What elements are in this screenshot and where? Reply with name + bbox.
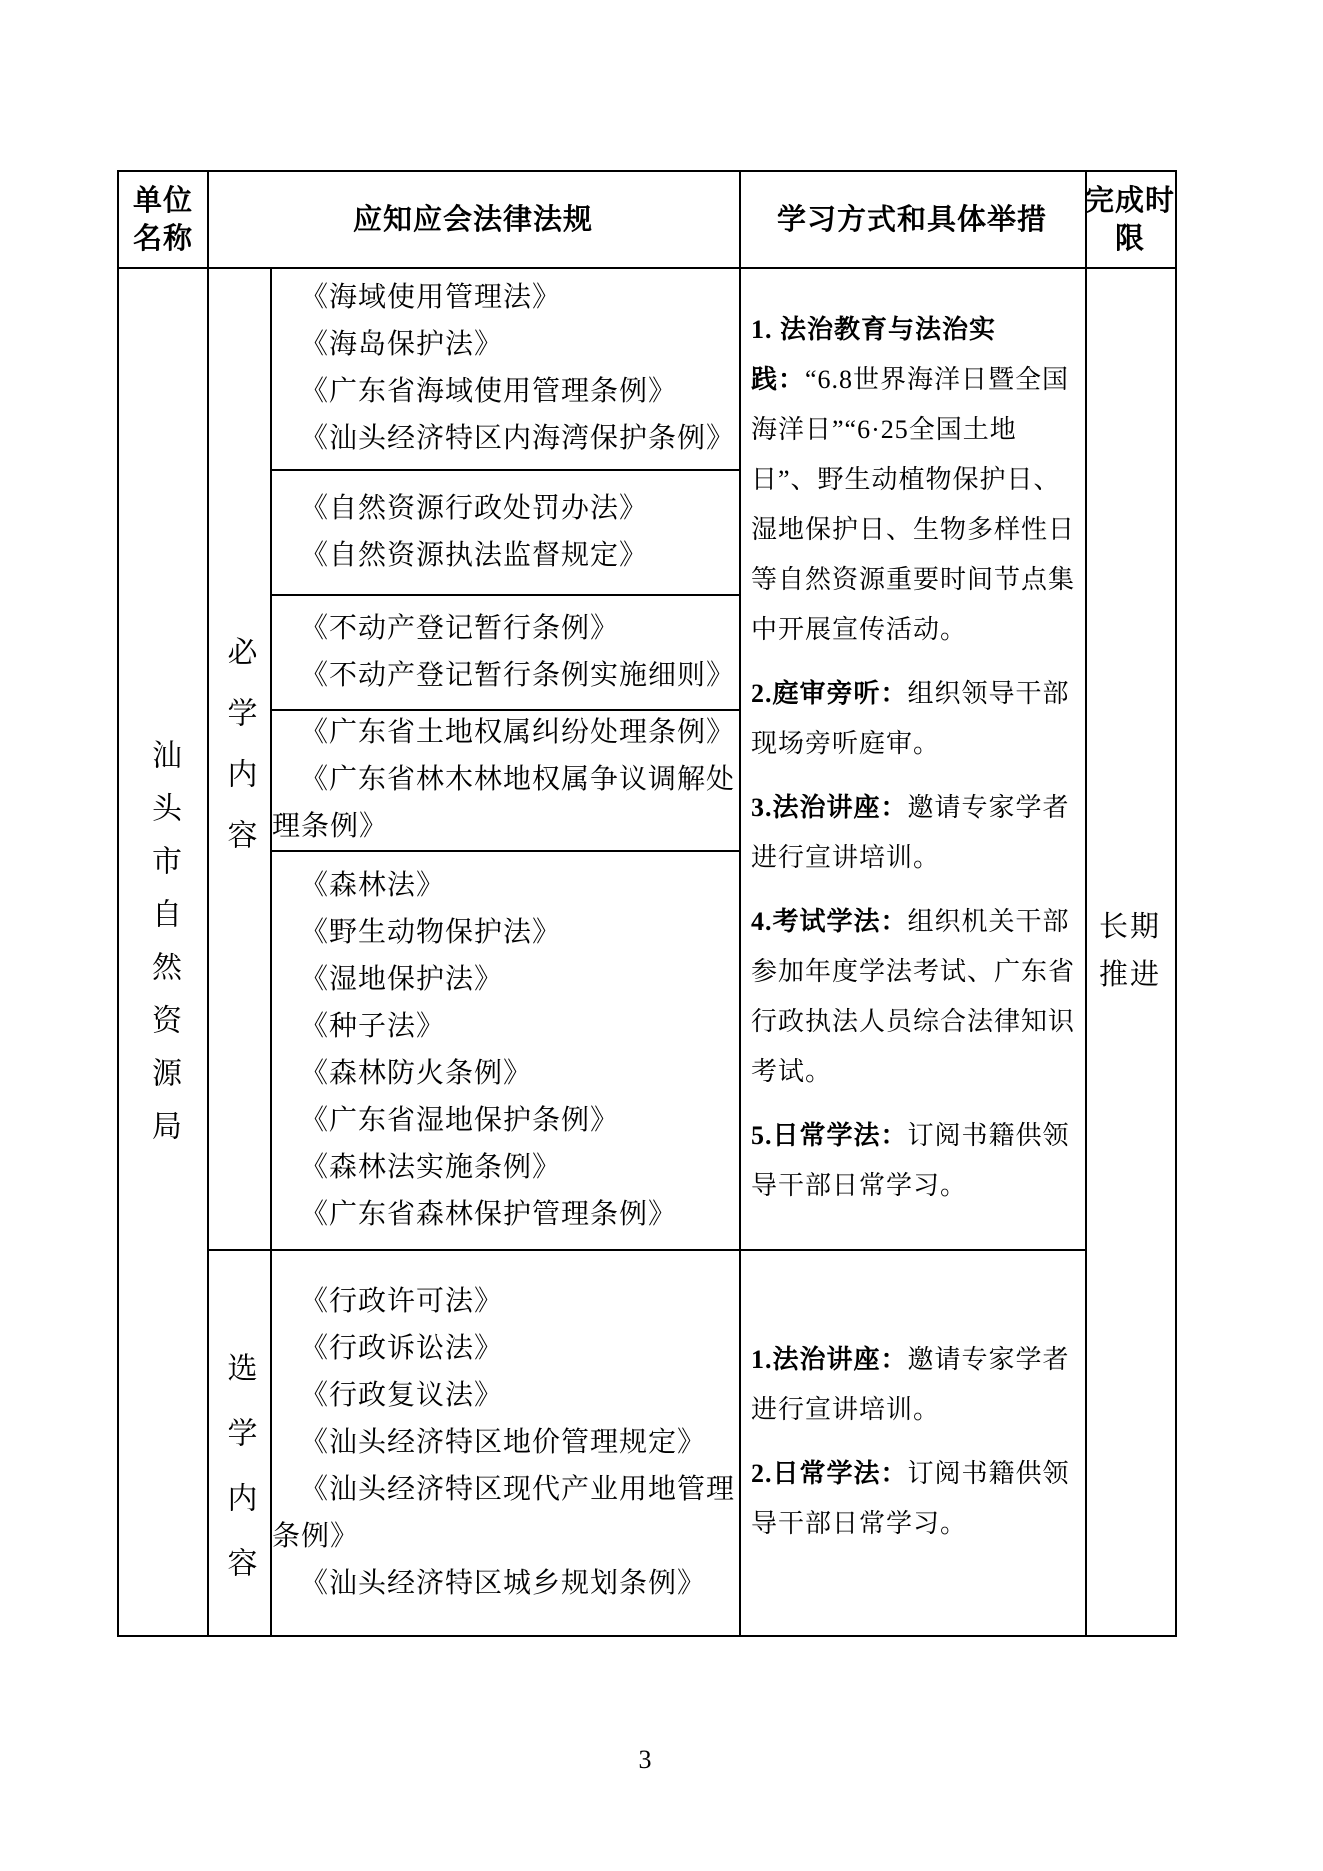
- measure-item: 5.日常学法：订阅书籍供领导干部日常学习。: [751, 1111, 1081, 1211]
- law-item: 《行政复议法》: [272, 1372, 735, 1419]
- category-cell-must-learn: 必学内容: [207, 267, 270, 1249]
- header-cell-methods: 学习方式和具体举措: [739, 172, 1085, 267]
- header-cell-deadline: 完成时限: [1085, 172, 1175, 267]
- header-cell-unit: 单位名称: [119, 172, 207, 267]
- measure-label: 1.法治讲座：: [751, 1345, 908, 1374]
- category-label: 选学内容: [217, 1352, 261, 1612]
- measure-label: 3.法治讲座：: [751, 793, 908, 822]
- measure-item: 4.考试学法：组织机关干部参加年度学法考试、广东省行政执法人员综合法律知识考试。: [751, 897, 1081, 1097]
- measure-label: 5.日常学法：: [751, 1121, 908, 1150]
- law-item: 《种子法》: [272, 1003, 735, 1050]
- unit-name-cell: 汕头市自然资源局: [119, 267, 207, 1635]
- category-cell-optional-learn: 选学内容: [207, 1249, 270, 1635]
- law-item: 《自然资源行政处罚办法》: [272, 485, 735, 532]
- law-item: 《森林法实施条例》: [272, 1144, 735, 1191]
- document-page: 单位名称 应知应会法律法规 学习方式和具体举措 完成时限 汕头市自然资源局 必学…: [0, 0, 1323, 1871]
- header-unit-label: 单位名称: [119, 182, 207, 258]
- law-item: 《不动产登记暂行条例实施细则》: [272, 652, 735, 699]
- measure-item: 2.庭审旁听：组织领导干部现场旁听庭审。: [751, 669, 1081, 769]
- header-methods-label: 学习方式和具体举措: [777, 201, 1047, 239]
- law-item: 《广东省林木林地权属争议调解处理条例》: [272, 756, 735, 850]
- law-item: 《自然资源执法监督规定》: [272, 532, 735, 579]
- law-item: 《广东省海域使用管理条例》: [272, 368, 735, 415]
- law-item: 《广东省湿地保护条例》: [272, 1097, 735, 1144]
- law-item: 《行政许可法》: [272, 1278, 735, 1325]
- law-item: 《汕头经济特区城乡规划条例》: [272, 1560, 735, 1607]
- deadline-value: 长期推进: [1098, 903, 1162, 999]
- law-item: 《森林法》: [272, 862, 735, 909]
- law-group: 《森林法》 《野生动物保护法》 《湿地保护法》 《种子法》 《森林防火条例》 《…: [270, 850, 739, 1249]
- header-deadline-label: 完成时限: [1085, 182, 1175, 258]
- law-item: 《汕头经济特区现代产业用地管理条例》: [272, 1466, 735, 1560]
- category-label: 必学内容: [217, 636, 261, 880]
- law-item: 《森林防火条例》: [272, 1050, 735, 1097]
- header-laws-label: 应知应会法律法规: [353, 201, 593, 239]
- law-item: 《野生动物保护法》: [272, 909, 735, 956]
- measure-item: 2.日常学法：订阅书籍供领导干部日常学习。: [751, 1449, 1081, 1549]
- page-number: 3: [117, 1745, 1173, 1775]
- law-item: 《海域使用管理法》: [272, 274, 735, 321]
- measure-item: 1. 法治教育与法治实践：“6.8世界海洋日暨全国海洋日”“6·25全国土地日”…: [751, 305, 1081, 655]
- measures-cell-optional-learn: 1.法治讲座：邀请专家学者进行宣讲培训。 2.日常学法：订阅书籍供领导干部日常学…: [739, 1249, 1085, 1635]
- law-group: 《广东省土地权属纠纷处理条例》 《广东省林木林地权属争议调解处理条例》: [270, 709, 739, 850]
- law-group: 《不动产登记暂行条例》 《不动产登记暂行条例实施细则》: [270, 594, 739, 709]
- measure-label: 4.考试学法：: [751, 907, 908, 936]
- law-item: 《广东省森林保护管理条例》: [272, 1191, 735, 1238]
- measure-label: 2.庭审旁听：: [751, 679, 908, 708]
- measure-item: 3.法治讲座：邀请专家学者进行宣讲培训。: [751, 783, 1081, 883]
- deadline-cell: 长期推进: [1085, 267, 1175, 1635]
- measure-text: “6.8世界海洋日暨全国海洋日”“6·25全国土地日”、野生动植物保护日、湿地保…: [751, 365, 1075, 644]
- measure-label: 2.日常学法：: [751, 1459, 908, 1488]
- law-item: 《汕头经济特区内海湾保护条例》: [272, 415, 735, 462]
- study-plan-table: 单位名称 应知应会法律法规 学习方式和具体举措 完成时限 汕头市自然资源局 必学…: [117, 170, 1177, 1637]
- law-group: 《自然资源行政处罚办法》 《自然资源执法监督规定》: [270, 469, 739, 594]
- law-item: 《行政诉讼法》: [272, 1325, 735, 1372]
- measures-cell-must-learn: 1. 法治教育与法治实践：“6.8世界海洋日暨全国海洋日”“6·25全国土地日”…: [739, 267, 1085, 1249]
- law-item: 《不动产登记暂行条例》: [272, 605, 735, 652]
- law-item: 《广东省土地权属纠纷处理条例》: [272, 709, 735, 756]
- law-item: 《汕头经济特区地价管理规定》: [272, 1419, 735, 1466]
- unit-name: 汕头市自然资源局: [141, 739, 185, 1163]
- measure-item: 1.法治讲座：邀请专家学者进行宣讲培训。: [751, 1335, 1081, 1435]
- header-cell-laws: 应知应会法律法规: [207, 172, 739, 267]
- law-group: 《海域使用管理法》 《海岛保护法》 《广东省海域使用管理条例》 《汕头经济特区内…: [270, 267, 739, 469]
- law-group: 《行政许可法》 《行政诉讼法》 《行政复议法》 《汕头经济特区地价管理规定》 《…: [270, 1249, 739, 1635]
- law-item: 《海岛保护法》: [272, 321, 735, 368]
- law-item: 《湿地保护法》: [272, 956, 735, 1003]
